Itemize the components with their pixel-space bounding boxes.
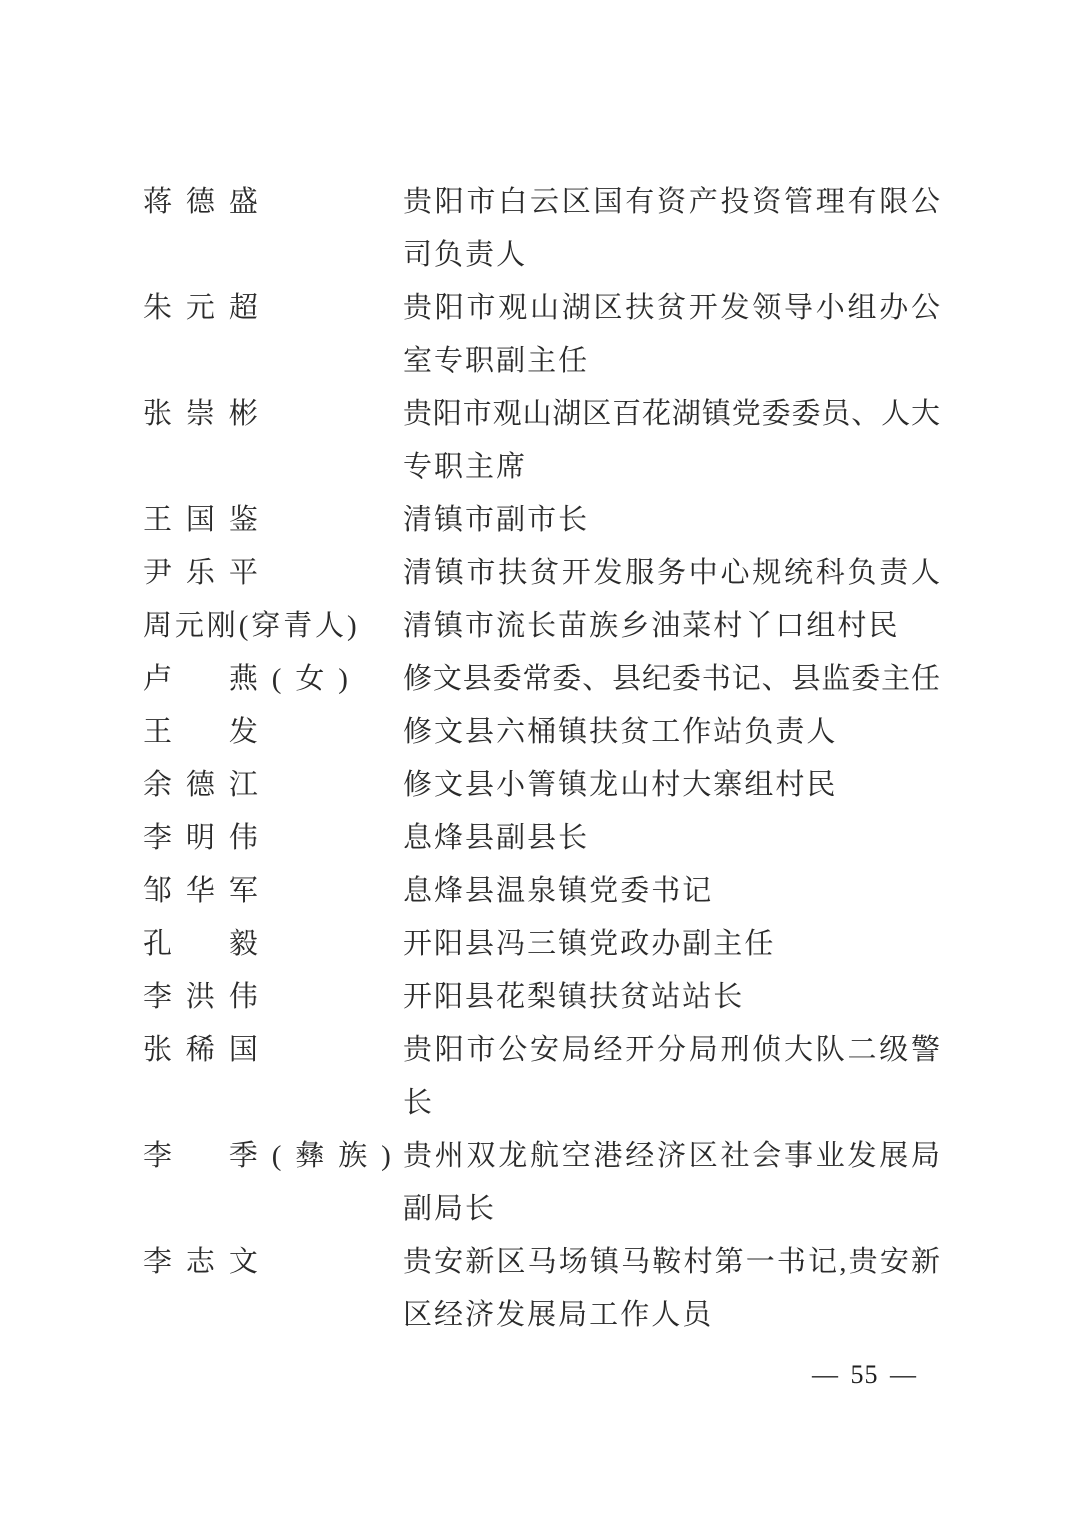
person-name: 王 发	[143, 706, 403, 759]
list-item: 李 季(彝族)贵州双龙航空港经济区社会事业发展局副局长	[143, 1130, 940, 1236]
person-name: 李明伟	[143, 812, 403, 865]
list-item: 李明伟息烽县副县长	[143, 812, 940, 865]
person-title-line: 贵阳市观山湖区扶贫开发领导小组办公	[403, 282, 940, 335]
person-title-line: 开阳县花梨镇扶贫站站长	[403, 971, 940, 1024]
list-item: 蒋德盛贵阳市白云区国有资产投资管理有限公司负责人	[143, 176, 940, 282]
person-name: 李 季(彝族)	[143, 1130, 403, 1183]
person-title: 清镇市流长苗族乡油菜村丫口组村民	[403, 600, 940, 653]
list-item: 张稀国贵阳市公安局经开分局刑侦大队二级警长	[143, 1024, 940, 1130]
list-item: 李志文贵安新区马场镇马鞍村第一书记,贵安新区经济发展局工作人员	[143, 1236, 940, 1342]
person-title: 清镇市副市长	[403, 494, 940, 547]
person-title: 贵州双龙航空港经济区社会事业发展局副局长	[403, 1130, 940, 1236]
person-name: 尹乐平	[143, 547, 403, 600]
person-title: 清镇市扶贫开发服务中心规统科负责人	[403, 547, 940, 600]
list-item: 王 发修文县六桶镇扶贫工作站负责人	[143, 706, 940, 759]
person-title-line: 修文县六桶镇扶贫工作站负责人	[403, 706, 940, 759]
list-item: 朱元超贵阳市观山湖区扶贫开发领导小组办公室专职副主任	[143, 282, 940, 388]
person-title-line: 清镇市扶贫开发服务中心规统科负责人	[403, 547, 940, 600]
person-title: 息烽县副县长	[403, 812, 940, 865]
person-title: 开阳县冯三镇党政办副主任	[403, 918, 940, 971]
list-item: 卢 燕(女)修文县委常委、县纪委书记、县监委主任	[143, 653, 940, 706]
person-name: 卢 燕(女)	[143, 653, 403, 706]
person-name: 李志文	[143, 1236, 403, 1289]
person-title: 贵安新区马场镇马鞍村第一书记,贵安新区经济发展局工作人员	[403, 1236, 940, 1342]
person-title: 贵阳市观山湖区扶贫开发领导小组办公室专职副主任	[403, 282, 940, 388]
person-name: 王国鉴	[143, 494, 403, 547]
person-title-line: 修文县小箐镇龙山村大寨组村民	[403, 759, 940, 812]
person-title: 息烽县温泉镇党委书记	[403, 865, 940, 918]
person-title-line: 室专职副主任	[403, 335, 940, 388]
person-title-line: 贵阳市白云区国有资产投资管理有限公	[403, 176, 940, 229]
list-item: 周元刚(穿青人)清镇市流长苗族乡油菜村丫口组村民	[143, 600, 940, 653]
person-name: 朱元超	[143, 282, 403, 335]
person-title: 贵阳市公安局经开分局刑侦大队二级警长	[403, 1024, 940, 1130]
person-title-line: 息烽县温泉镇党委书记	[403, 865, 940, 918]
person-name: 邹华军	[143, 865, 403, 918]
person-title-line: 贵阳市公安局经开分局刑侦大队二级警	[403, 1024, 940, 1077]
honor-roll-list: 蒋德盛贵阳市白云区国有资产投资管理有限公司负责人朱元超贵阳市观山湖区扶贫开发领导…	[143, 176, 940, 1342]
person-title: 开阳县花梨镇扶贫站站长	[403, 971, 940, 1024]
person-name: 周元刚(穿青人)	[143, 600, 403, 653]
person-title-line: 息烽县副县长	[403, 812, 940, 865]
person-title-line: 长	[403, 1077, 940, 1130]
list-item: 李洪伟开阳县花梨镇扶贫站站长	[143, 971, 940, 1024]
person-title-line: 副局长	[403, 1183, 940, 1236]
person-title-line: 贵阳市观山湖区百花湖镇党委委员、人大	[403, 388, 940, 441]
page-number: — 55 —	[812, 1360, 917, 1390]
person-name: 张稀国	[143, 1024, 403, 1077]
person-title-line: 贵安新区马场镇马鞍村第一书记,贵安新	[403, 1236, 940, 1289]
person-title: 贵阳市白云区国有资产投资管理有限公司负责人	[403, 176, 940, 282]
person-title-line: 修文县委常委、县纪委书记、县监委主任	[403, 653, 940, 706]
list-item: 孔 毅开阳县冯三镇党政办副主任	[143, 918, 940, 971]
person-title-line: 清镇市流长苗族乡油菜村丫口组村民	[403, 600, 940, 653]
person-title-line: 区经济发展局工作人员	[403, 1289, 940, 1342]
person-title-line: 开阳县冯三镇党政办副主任	[403, 918, 940, 971]
person-title-line: 司负责人	[403, 229, 940, 282]
list-item: 张崇彬贵阳市观山湖区百花湖镇党委委员、人大专职主席	[143, 388, 940, 494]
person-name: 余德江	[143, 759, 403, 812]
person-name: 蒋德盛	[143, 176, 403, 229]
list-item: 尹乐平清镇市扶贫开发服务中心规统科负责人	[143, 547, 940, 600]
list-item: 邹华军息烽县温泉镇党委书记	[143, 865, 940, 918]
person-title: 贵阳市观山湖区百花湖镇党委委员、人大专职主席	[403, 388, 940, 494]
person-title-line: 专职主席	[403, 441, 940, 494]
person-title-line: 贵州双龙航空港经济区社会事业发展局	[403, 1130, 940, 1183]
list-item: 余德江修文县小箐镇龙山村大寨组村民	[143, 759, 940, 812]
person-title: 修文县委常委、县纪委书记、县监委主任	[403, 653, 940, 706]
list-item: 王国鉴清镇市副市长	[143, 494, 940, 547]
person-name: 孔 毅	[143, 918, 403, 971]
document-page: 蒋德盛贵阳市白云区国有资产投资管理有限公司负责人朱元超贵阳市观山湖区扶贫开发领导…	[0, 0, 1080, 1527]
person-title: 修文县小箐镇龙山村大寨组村民	[403, 759, 940, 812]
person-title-line: 清镇市副市长	[403, 494, 940, 547]
person-name: 张崇彬	[143, 388, 403, 441]
person-title: 修文县六桶镇扶贫工作站负责人	[403, 706, 940, 759]
person-name: 李洪伟	[143, 971, 403, 1024]
